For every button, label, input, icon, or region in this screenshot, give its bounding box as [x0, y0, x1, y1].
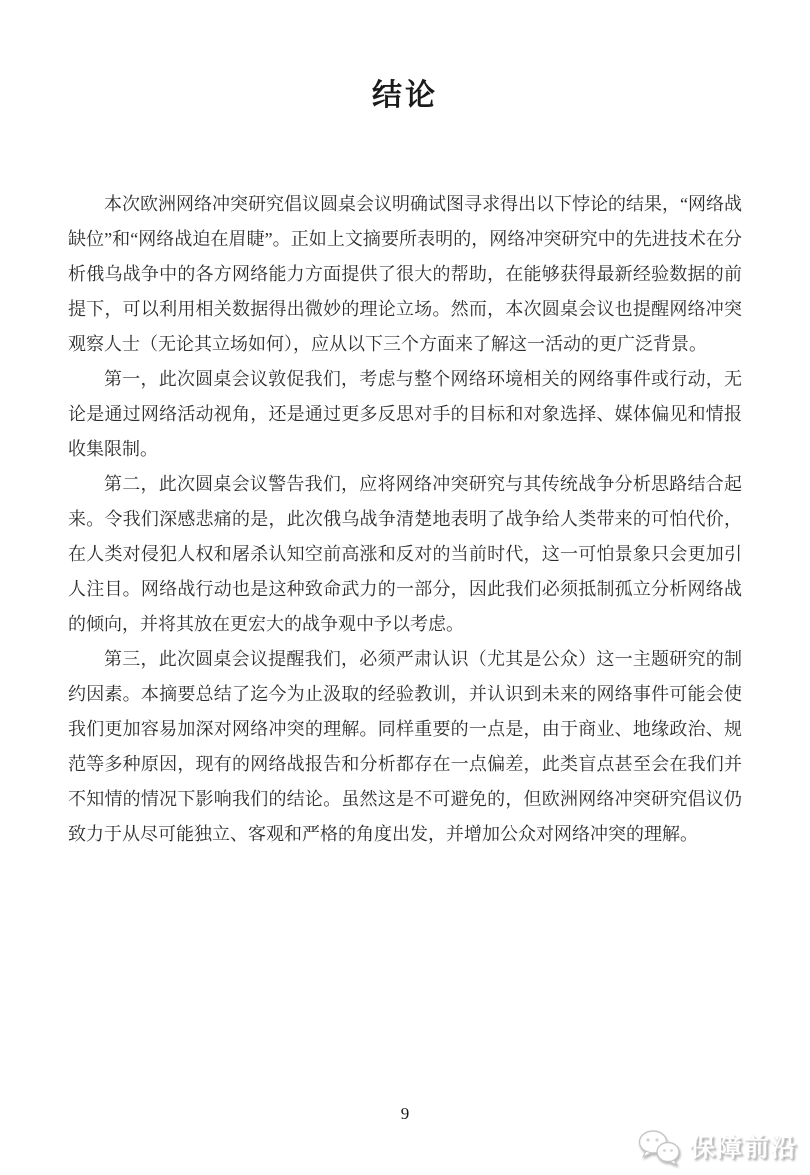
document-page: 结论 本次欧洲网络冲突研究倡议圆桌会议明确试图寻求得出以下悖论的结果，“网络战缺…	[0, 0, 810, 1175]
paragraph-intro: 本次欧洲网络冲突研究倡议圆桌会议明确试图寻求得出以下悖论的结果，“网络战缺位”和…	[68, 187, 742, 362]
page-number: 9	[0, 1104, 810, 1124]
wechat-icon	[638, 1129, 682, 1167]
paragraph-first-point: 第一，此次圆桌会议敦促我们，考虑与整个网络环境相关的网络事件或行动，无论是通过网…	[68, 362, 742, 467]
watermark-label: 保障前沿	[690, 1136, 798, 1161]
document-body: 本次欧洲网络冲突研究倡议圆桌会议明确试图寻求得出以下悖论的结果，“网络战缺位”和…	[68, 187, 742, 852]
watermark: 保障前沿	[638, 1129, 798, 1167]
paragraph-third-point: 第三，此次圆桌会议提醒我们，必须严肃认识（尤其是公众）这一主题研究的制约因素。本…	[68, 642, 742, 852]
page-title: 结论	[0, 70, 810, 114]
paragraph-second-point: 第二，此次圆桌会议警告我们，应将网络冲突研究与其传统战争分析思路结合起来。令我们…	[68, 467, 742, 642]
